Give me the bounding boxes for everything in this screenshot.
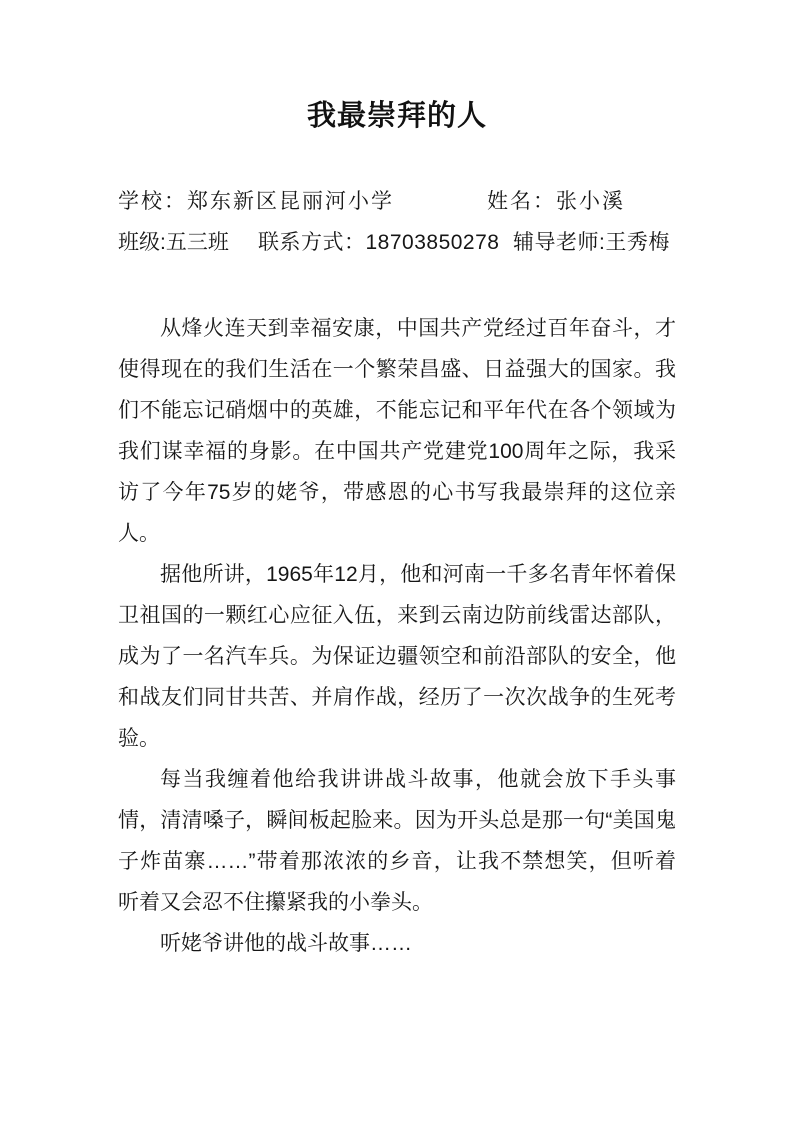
student-name-field: 姓名：张小溪 — [487, 181, 625, 222]
meta-line-2: 班级:五三班 联系方式：18703850278 辅导老师:王秀梅 — [118, 222, 676, 263]
essay-line: 据他所讲，1965年12月，他和河南一千多名青年怀着保 — [118, 554, 676, 595]
meta-block: 学校：郑东新区昆丽河小学 姓名：张小溪 班级:五三班 联系方式：18703850… — [118, 181, 676, 263]
essay-line: 人。 — [118, 513, 676, 554]
essay-line: 成为了一名汽车兵。为保证边疆领空和前沿部队的安全，他 — [118, 636, 676, 677]
essay-line: 我们谋幸福的身影。在中国共产党建党100周年之际，我采 — [118, 431, 676, 472]
teacher-field: 辅导老师:王秀梅 — [513, 222, 670, 263]
class-field: 班级:五三班 — [118, 222, 229, 263]
essay-line: 和战友们同甘共苦、并肩作战，经历了一次次战争的生死考 — [118, 677, 676, 718]
paragraph: 据他所讲，1965年12月，他和河南一千多名青年怀着保卫祖国的一颗红心应征入伍，… — [118, 554, 676, 759]
essay-line: 听着又会忍不住攥紧我的小拳头。 — [118, 882, 676, 923]
essay-line: 情，清清嗓子，瞬间板起脸来。因为开头总是那一句“美国鬼 — [118, 800, 676, 841]
essay-line: 从烽火连天到幸福安康，中国共产党经过百年奋斗，才 — [118, 308, 676, 349]
essay-line: 听姥爷讲他的战斗故事…… — [118, 923, 676, 964]
paragraph: 听姥爷讲他的战斗故事…… — [118, 923, 676, 964]
document-page: 我最崇拜的人 学校：郑东新区昆丽河小学 姓名：张小溪 班级:五三班 联系方式：1… — [0, 0, 794, 1123]
essay-title: 我最崇拜的人 — [118, 96, 676, 136]
essay-body: 从烽火连天到幸福安康，中国共产党经过百年奋斗，才使得现在的我们生活在一个繁荣昌盛… — [118, 308, 676, 964]
essay-line: 使得现在的我们生活在一个繁荣昌盛、日益强大的国家。我 — [118, 349, 676, 390]
essay-line: 子炸苗寨……”带着那浓浓的乡音，让我不禁想笑，但听着 — [118, 841, 676, 882]
paragraph: 每当我缠着他给我讲讲战斗故事，他就会放下手头事情，清清嗓子，瞬间板起脸来。因为开… — [118, 759, 676, 923]
essay-line: 访了今年75岁的姥爷，带感恩的心书写我最崇拜的这位亲 — [118, 472, 676, 513]
school-field: 学校：郑东新区昆丽河小学 — [118, 181, 394, 222]
essay-line: 验。 — [118, 718, 676, 759]
essay-line: 们不能忘记硝烟中的英雄，不能忘记和平年代在各个领域为 — [118, 390, 676, 431]
contact-field: 联系方式：18703850278 — [258, 222, 499, 263]
essay-line: 每当我缠着他给我讲讲战斗故事，他就会放下手头事 — [118, 759, 676, 800]
paragraph: 从烽火连天到幸福安康，中国共产党经过百年奋斗，才使得现在的我们生活在一个繁荣昌盛… — [118, 308, 676, 554]
essay-line: 卫祖国的一颗红心应征入伍，来到云南边防前线雷达部队， — [118, 595, 676, 636]
meta-line-1: 学校：郑东新区昆丽河小学 姓名：张小溪 — [118, 181, 676, 222]
